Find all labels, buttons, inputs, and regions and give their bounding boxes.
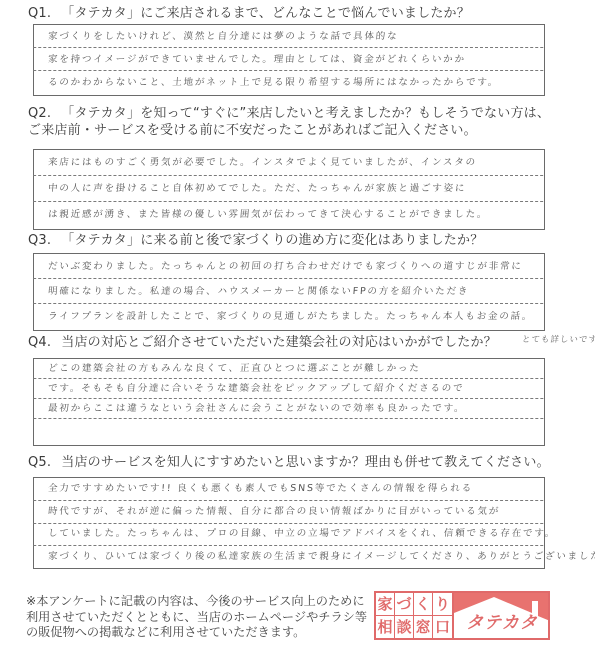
question-5: Q5.当店のサービスを知人にすすめたいと思いますか？理由も併せて教えてください。 [28,454,550,471]
answer-line: だいぶ変わりました。たっちゃんとの初回の打ち合わせだけでも家づくりへの道すじが非… [33,254,545,279]
footer-note-line: 利用させていただくとともに、当店のホームページやチラシ等 [26,610,367,626]
logo-char: 窓 [414,616,433,639]
answer-line: 明確になりました。私達の場合、ハウスメーカーと関係ないFPの方を紹介いただき [33,279,545,304]
footer-note-line: ※本アンケートに記載の内容は、今後のサービス向上のために [26,594,367,610]
question-number: Q1. [28,5,51,22]
logo-grid: 家 づ く り 相 談 窓 口 [376,593,454,638]
question-1: Q1.「タテカタ」にご来店されるまで、どんなことで悩んでいましたか？ [28,5,470,22]
question-number: Q3. [28,232,51,249]
question-text: 「タテカタ」に来る前と後で家づくりの進め方に変化はありましたか？ [61,233,483,248]
footer-note: ※本アンケートに記載の内容は、今後のサービス向上のために 利用させていただくとと… [26,594,367,641]
question-number: Q2. [28,105,51,122]
answer-line: 家を持つイメージができていませんでした。理由としては、資金がどれくらいかか [33,48,545,71]
answer-box-5: 全力ですすめたいです!! 良くも悪くも素人でもSNS等でたくさんの情報を得られる… [33,477,545,569]
footer-note-line: の販促物への掲載などに利用させていただきます。 [26,625,367,641]
margin-note: とても詳しいです! [521,333,595,345]
answer-box-1: 家づくりをしたいけれど、漠然と自分達には夢のような話で具体的な 家を持つイメージ… [33,24,545,96]
answer-line: 家づくりをしたいけれど、漠然と自分達には夢のような話で具体的な [33,25,545,48]
logo-char: く [414,593,433,616]
question-2: Q2.「タテカタ」を知って“すぐに”来店したいと考えましたか？もしそうでない方は… [28,105,550,139]
question-number: Q4. [28,334,51,351]
question-text: 当店のサービスを知人にすすめたいと思いますか？理由も併せて教えてください。 [61,455,550,470]
logo-char: 談 [395,616,414,639]
question-text: 「タテカタ」にご来店されるまで、どんなことで悩んでいましたか？ [61,6,470,21]
question-text-line-2: ご来店前・サービスを受ける前に不安だったことがあればご記入ください。 [28,122,550,139]
answer-line: 時代ですが、それが逆に偏った情報、自分に都合の良い情報ばかりに目がいっている気が [33,501,545,524]
question-4: Q4.当店の対応とご紹介させていただいた建築会社の対応はいかがでしたか？ [28,334,497,351]
logo-char: り [433,593,452,616]
answer-line: 家づくり、ひいては家づくり後の私達家族の生活まで親身にイメージしてくださり、あり… [33,546,545,569]
answer-line: るのかわからないこと、土地がネット上で見る限り希望する場所にはなかったからです。 [33,71,545,94]
answer-box-3: だいぶ変わりました。たっちゃんとの初回の打ち合わせだけでも家づくりへの道すじが非… [33,253,545,331]
logo-char: 家 [376,593,395,616]
answer-line: どこの建築会社の方もみんな良くて、正直ひとつに選ぶことが難しかった [33,359,544,379]
question-3: Q3.「タテカタ」に来る前と後で家づくりの進め方に変化はありましたか？ [28,232,483,249]
answer-line: 最初からここは違うなという会社さんに会うことがないので効率も良かったです。 [33,399,544,419]
answer-line: です。そもそも自分達に合いそうな建築会社をピックアップして紹介くださるので [33,379,544,399]
question-text: 「タテカタ」を知って“すぐに”来店したいと考えましたか？もしそうでない方は、 [61,106,550,121]
logo-char: 相 [376,616,395,639]
answer-line: は親近感が湧き、また皆様の優しい雰囲気が伝わってきて決心することができました。 [33,202,545,228]
tatekata-logo: 家 づ く り 相 談 窓 口 タテカタ [374,591,550,640]
question-number: Q5. [28,454,51,471]
question-text: 当店の対応とご紹介させていただいた建築会社の対応はいかがでしたか？ [61,335,497,350]
answer-line-empty [33,419,545,444]
answer-line: 中の人に声を掛けること自体初めてでした。ただ、たっちゃんが家族と過ごす姿に [33,176,545,202]
house-icon: タテカタ [454,593,548,638]
answer-box-4: どこの建築会社の方もみんな良くて、正直ひとつに選ぶことが難しかった です。そもそ… [33,358,545,446]
answer-line: していました。たっちゃんは、プロの目線、中立の立場でアドバイスをくれ、信頼できる… [33,523,545,546]
logo-char: づ [395,593,414,616]
answer-line: 全力ですすめたいです!! 良くも悪くも素人でもSNS等でたくさんの情報を得られる [33,478,545,501]
logo-brand-text: タテカタ [458,608,546,633]
answer-line: 来店にはものすごく勇気が必要でした。インスタでよく見ていましたが、インスタの [33,150,545,176]
answer-line: ライフプランを設計したことで、家づくりの見通しがたちました。たっちゃん本人もお金… [33,304,545,329]
answer-box-2: 来店にはものすごく勇気が必要でした。インスタでよく見ていましたが、インスタの 中… [33,149,545,230]
logo-char: 口 [433,616,452,639]
